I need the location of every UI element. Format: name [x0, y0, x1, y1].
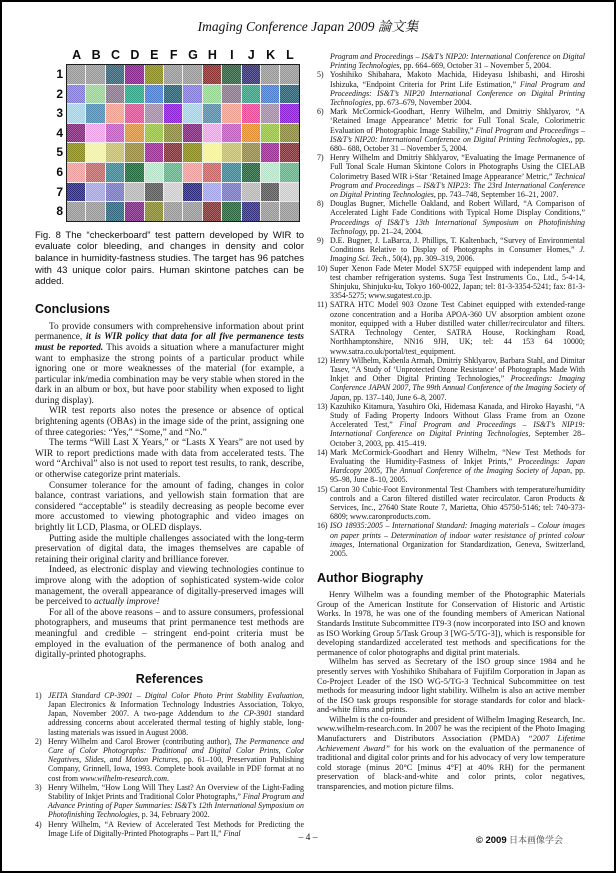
column-label: A [67, 47, 86, 64]
color-patch [67, 124, 85, 143]
row-label: 6 [51, 163, 63, 183]
color-patch [280, 85, 298, 104]
color-patch [106, 143, 124, 162]
reference-item: 6)Mark McCormick-Goodhart, Henry Wilhelm… [317, 107, 585, 153]
reference-item: 11)SATRA HTC Model 903 Ozone Test Cabine… [317, 300, 585, 355]
color-patch [106, 65, 124, 84]
color-patch [164, 202, 182, 221]
color-patch [280, 143, 298, 162]
color-patch [261, 124, 279, 143]
color-patch [86, 143, 104, 162]
color-patch [164, 183, 182, 202]
color-patch [203, 124, 221, 143]
column-label: F [164, 47, 183, 64]
color-patch [145, 202, 163, 221]
color-patch [125, 202, 143, 221]
color-patch [145, 163, 163, 182]
color-patch [145, 85, 163, 104]
color-patch [242, 85, 260, 104]
color-patch [222, 143, 240, 162]
color-patch [67, 85, 85, 104]
reference-number: 10) [317, 264, 330, 301]
reference-text: Mark McCormick-Goodhart and Henry Wilhel… [330, 448, 585, 485]
color-patch [67, 202, 85, 221]
grid-row-labels: 12345678 [51, 64, 63, 222]
color-patch [203, 65, 221, 84]
color-patch [203, 104, 221, 123]
reference-number: 3) [35, 783, 48, 820]
color-patch [145, 124, 163, 143]
color-patch [203, 202, 221, 221]
reference-item: 2)Henry Wilhelm and Carol Brower (contri… [35, 737, 304, 783]
color-patch [183, 202, 201, 221]
reference-text: Henry Wilhelm, Kabenla Armah, Dmitriy Sh… [330, 356, 585, 402]
color-patch [280, 104, 298, 123]
reference-number: 6) [317, 107, 330, 153]
paragraph: The terms “Will Last X Years,” or “Lasts… [35, 438, 304, 480]
color-patch [164, 104, 182, 123]
reference-item: 15)Caron 30 Cubic-Foot Environmental Tes… [317, 485, 585, 522]
color-patch [67, 65, 85, 84]
color-patch [164, 163, 182, 182]
reference-text: Henry Wilhelm and Dmitriy Shklyarov, “Ev… [330, 153, 585, 199]
color-patch [145, 183, 163, 202]
color-patch [106, 104, 124, 123]
references-heading: References [35, 672, 304, 686]
reference-item: 13)Kazuhiko Kitamura, Yasuhiro Oki, Hide… [317, 402, 585, 448]
paragraph: Consumer tolerance for the amount of fad… [35, 481, 304, 534]
paragraph: Wilhelm has served as Secretary of the I… [317, 657, 585, 715]
color-patch [280, 183, 298, 202]
grid-column-labels: ABCDEFGHIJKL [67, 47, 304, 64]
column-label: J [242, 47, 261, 64]
color-patch [261, 163, 279, 182]
color-patch [222, 85, 240, 104]
color-patch [222, 202, 240, 221]
reference-text: Henry Wilhelm and Carol Brower (contribu… [48, 737, 304, 783]
checkerboard-figure: ABCDEFGHIJKL 12345678 Fig. 8 The “checke… [51, 47, 304, 288]
reference-text: SATRA HTC Model 903 Ozone Test Cabinet e… [330, 300, 585, 355]
reference-text: Henry Wilhelm, “How Long Will They Last?… [48, 783, 304, 820]
color-patch [280, 202, 298, 221]
row-label: 3 [51, 104, 63, 124]
color-patch [86, 65, 104, 84]
reference-number: 7) [317, 153, 330, 199]
color-patch [164, 85, 182, 104]
reference-number: 2) [35, 737, 48, 783]
color-patch [203, 143, 221, 162]
reference-number: 16) [317, 521, 330, 558]
color-patch [106, 183, 124, 202]
column-label: H [203, 47, 222, 64]
reference-item: 3)Henry Wilhelm, “How Long Will They Las… [35, 783, 304, 820]
color-patch [106, 202, 124, 221]
color-patch [164, 124, 182, 143]
color-patch [242, 202, 260, 221]
color-patch [67, 143, 85, 162]
color-patch [261, 143, 279, 162]
references-list-left: 1)JEITA Standard CP-3901 – Digital Color… [35, 691, 304, 838]
color-patch [145, 143, 163, 162]
color-patch [242, 163, 260, 182]
paragraph: To provide consumers with comprehensive … [35, 322, 304, 407]
conclusions-paragraphs: To provide consumers with comprehensive … [35, 322, 304, 661]
paragraph: For all of the above reasons – and to as… [35, 608, 304, 661]
reference-item: 8)Douglas Bugner, Michelle Oakland, and … [317, 199, 585, 236]
color-patch [203, 183, 221, 202]
color-patch [242, 183, 260, 202]
color-patch [222, 104, 240, 123]
color-patch [164, 65, 182, 84]
color-patch [86, 124, 104, 143]
reference-text: Yoshihiko Shibahara, Makoto Machida, Hid… [330, 70, 585, 107]
color-patch [125, 183, 143, 202]
column-label: K [261, 47, 280, 64]
biography-paragraphs: Henry Wilhelm was a founding member of t… [317, 590, 585, 791]
color-patch [242, 143, 260, 162]
color-patch [106, 163, 124, 182]
color-patch [125, 163, 143, 182]
reference-item: 14)Mark McCormick-Goodhart and Henry Wil… [317, 448, 585, 485]
reference-text: Caron 30 Cubic-Foot Environmental Test C… [330, 485, 585, 522]
reference-text: ISO 18935:2005 – International Standard:… [330, 521, 585, 558]
color-patch [164, 143, 182, 162]
color-patch [261, 65, 279, 84]
color-patch [67, 163, 85, 182]
copyright: © 2009 日本画像学会 [476, 833, 563, 846]
row-label: 1 [51, 65, 63, 85]
color-patch [125, 85, 143, 104]
copyright-year: © 2009 [476, 835, 507, 846]
color-patch [106, 124, 124, 143]
color-patch [242, 65, 260, 84]
color-patch [242, 124, 260, 143]
paragraph: WIR test reports also notes the presence… [35, 406, 304, 438]
column-label: G [183, 47, 202, 64]
color-patch [183, 65, 201, 84]
color-patch [125, 143, 143, 162]
reference-text: Super Xenon Fade Meter Model SX75F equip… [330, 264, 585, 301]
color-patch [203, 85, 221, 104]
color-patch [280, 124, 298, 143]
color-patch [183, 143, 201, 162]
color-patch [222, 65, 240, 84]
color-patch [261, 85, 279, 104]
conference-title: Imaging Conference Japan 2009 論文集 [2, 15, 614, 35]
color-patch [280, 65, 298, 84]
color-patch [86, 163, 104, 182]
color-patch [86, 104, 104, 123]
row-label: 5 [51, 143, 63, 163]
reference-number: 11) [317, 300, 330, 355]
color-patch [67, 183, 85, 202]
reference-text: Douglas Bugner, Michelle Oakland, and Ro… [330, 199, 585, 236]
color-patch [183, 85, 201, 104]
color-patch [183, 183, 201, 202]
color-patch [222, 124, 240, 143]
reference-number: 15) [317, 485, 330, 522]
copyright-org: 日本画像学会 [509, 835, 563, 845]
color-patch [261, 104, 279, 123]
row-label: 7 [51, 183, 63, 203]
reference-number: 12) [317, 356, 330, 402]
reference-text: Mark McCormick-Goodhart, Henry Wilhelm, … [330, 107, 585, 153]
reference-continuation: Program and Proceedings – IS&T’s NIP20: … [330, 52, 585, 70]
color-patch [183, 104, 201, 123]
color-patch [86, 202, 104, 221]
color-patch [145, 104, 163, 123]
color-patch [222, 163, 240, 182]
reference-number: 5) [317, 70, 330, 107]
row-label: 8 [51, 202, 63, 222]
color-patch [86, 85, 104, 104]
color-patch [125, 104, 143, 123]
color-patch [242, 104, 260, 123]
paragraph: Indeed, as electronic display and viewin… [35, 565, 304, 607]
color-patch [280, 163, 298, 182]
paragraph: Wilhelm is the co-founder and president … [317, 715, 585, 792]
column-label: L [280, 47, 299, 64]
column-label: B [86, 47, 105, 64]
color-patch [203, 163, 221, 182]
row-label: 2 [51, 85, 63, 105]
reference-item: 10)Super Xenon Fade Meter Model SX75F eq… [317, 264, 585, 301]
color-patch [261, 183, 279, 202]
color-patch [145, 65, 163, 84]
color-patch [67, 104, 85, 123]
color-patch [125, 65, 143, 84]
conclusions-heading: Conclusions [35, 302, 304, 316]
reference-item: 7)Henry Wilhelm and Dmitriy Shklyarov, “… [317, 153, 585, 199]
reference-number: 1) [35, 691, 48, 737]
left-column: ABCDEFGHIJKL 12345678 Fig. 8 The “checke… [35, 47, 304, 838]
color-patch-grid [66, 64, 300, 222]
reference-number: 14) [317, 448, 330, 485]
references-list-right: 5)Yoshihiko Shibahara, Makoto Machida, H… [317, 70, 585, 558]
color-patch [183, 163, 201, 182]
row-label: 4 [51, 124, 63, 144]
color-patch [86, 183, 104, 202]
reference-text: Kazuhiko Kitamura, Yasuhiro Oki, Hidemas… [330, 402, 585, 448]
reference-item: 9)D.E. Bugner, J. LaBarca, J. Phillips, … [317, 236, 585, 264]
reference-number: 9) [317, 236, 330, 264]
paper-page: Imaging Conference Japan 2009 論文集 ABCDEF… [0, 0, 616, 873]
paragraph: Henry Wilhelm was a founding member of t… [317, 590, 585, 657]
reference-item: 16)ISO 18935:2005 – International Standa… [317, 521, 585, 558]
color-patch [183, 124, 201, 143]
column-label: C [106, 47, 125, 64]
color-patch [222, 183, 240, 202]
color-patch [261, 202, 279, 221]
color-patch [125, 124, 143, 143]
column-label: D [125, 47, 144, 64]
column-label: E [145, 47, 164, 64]
figure-caption: Fig. 8 The “checkerboard” test pattern d… [35, 230, 304, 288]
reference-number: 8) [317, 199, 330, 236]
reference-item: 1)JEITA Standard CP-3901 – Digital Color… [35, 691, 304, 737]
paragraph: Putting aside the multiple challenges as… [35, 534, 304, 566]
reference-item: 12)Henry Wilhelm, Kabenla Armah, Dmitriy… [317, 356, 585, 402]
column-label: I [222, 47, 241, 64]
reference-text: JEITA Standard CP-3901 – Digital Color P… [48, 691, 304, 737]
reference-text: D.E. Bugner, J. LaBarca, J. Phillips, T.… [330, 236, 585, 264]
color-patch [106, 85, 124, 104]
reference-item: 5)Yoshihiko Shibahara, Makoto Machida, H… [317, 70, 585, 107]
biography-heading: Author Biography [317, 571, 585, 585]
right-column: Program and Proceedings – IS&T’s NIP20: … [317, 52, 585, 792]
reference-number: 13) [317, 402, 330, 448]
